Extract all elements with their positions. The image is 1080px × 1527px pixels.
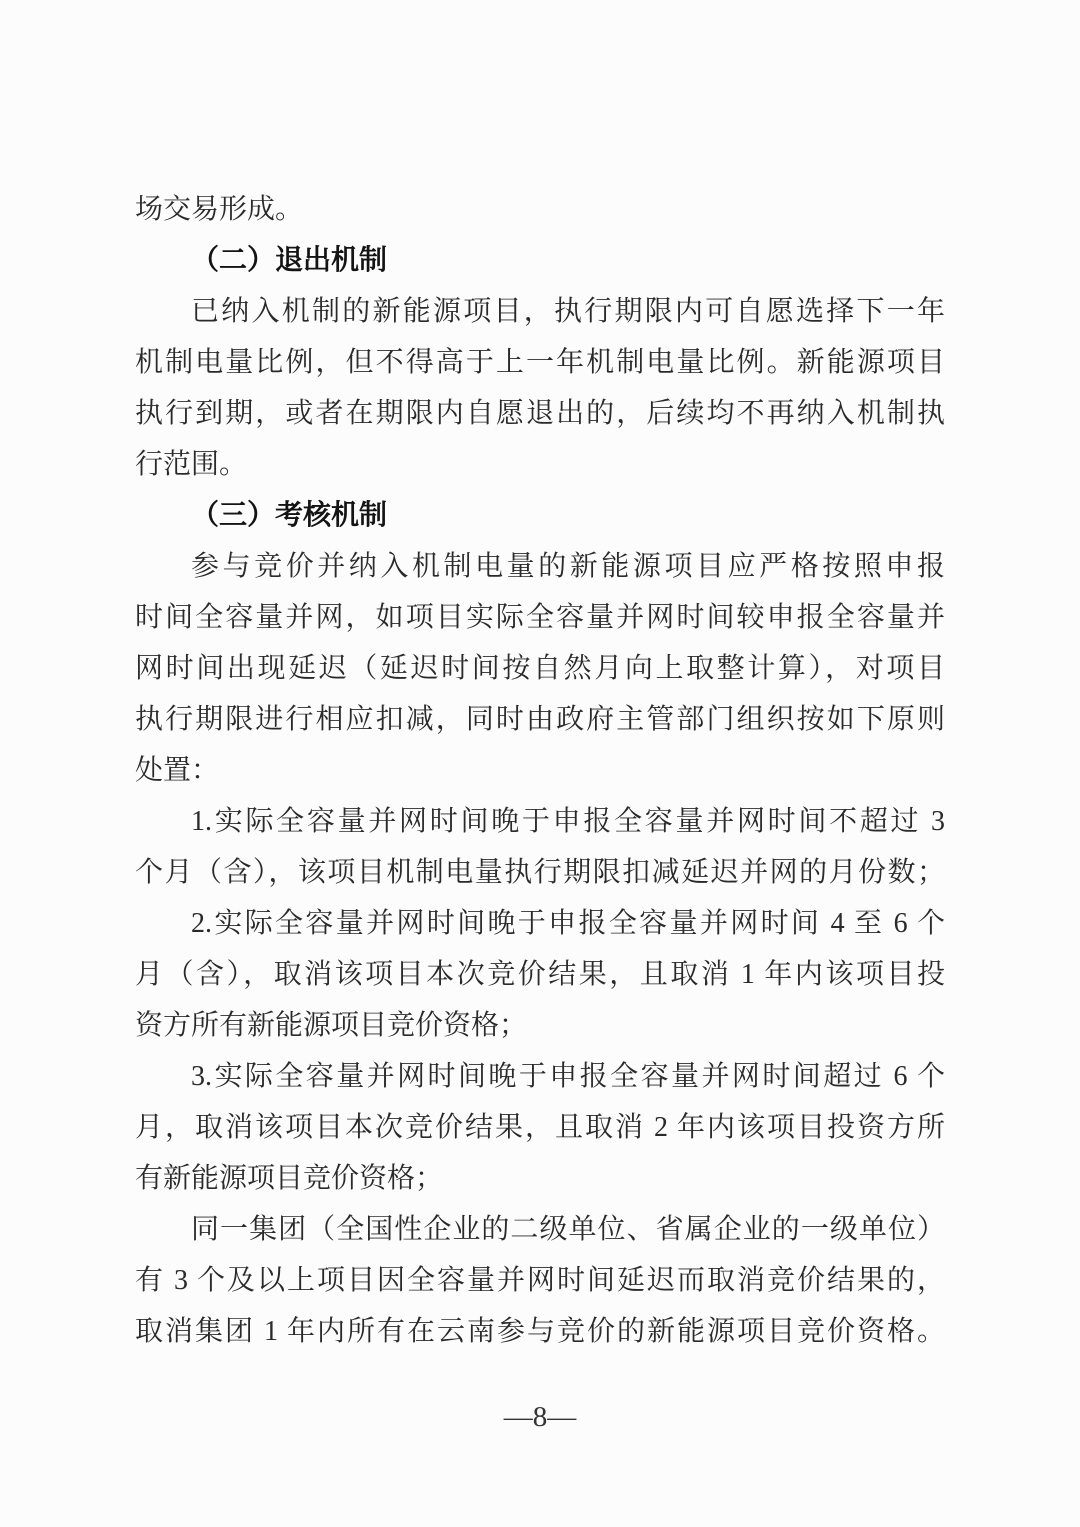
text-line: 执行到期，或者在期限内自愿退出的，后续均不再纳入机制执	[135, 388, 945, 439]
text-line: 有新能源项目竞价资格；	[135, 1153, 945, 1204]
text-line: 时间全容量并网，如项目实际全容量并网时间较申报全容量并	[135, 592, 945, 643]
document-page: 场交易形成。（二）退出机制已纳入机制的新能源项目，执行期限内可自愿选择下一年机制…	[0, 0, 1080, 1527]
text-line: 行范围。	[135, 439, 945, 490]
text-line: 取消集团 1 年内所有在云南参与竞价的新能源项目竞价资格。	[135, 1306, 945, 1357]
text-line: 个月（含），该项目机制电量执行期限扣减延迟并网的月份数；	[135, 847, 945, 898]
page-number: —8—	[0, 1392, 1080, 1443]
text-line: 执行期限进行相应扣减，同时由政府主管部门组织按如下原则	[135, 694, 945, 745]
text-line: 已纳入机制的新能源项目，执行期限内可自愿选择下一年	[135, 286, 945, 337]
text-line: 同一集团（全国性企业的二级单位、省属企业的一级单位）	[135, 1204, 945, 1255]
text-line: 3.实际全容量并网时间晚于申报全容量并网时间超过 6 个	[135, 1051, 945, 1102]
text-line: 1.实际全容量并网时间晚于申报全容量并网时间不超过 3	[135, 796, 945, 847]
text-line: 2.实际全容量并网时间晚于申报全容量并网时间 4 至 6 个	[135, 898, 945, 949]
section-heading: （三）考核机制	[135, 490, 945, 541]
text-line: 参与竞价并纳入机制电量的新能源项目应严格按照申报	[135, 541, 945, 592]
text-line: 机制电量比例，但不得高于上一年机制电量比例。新能源项目	[135, 337, 945, 388]
section-heading: （二）退出机制	[135, 235, 945, 286]
document-body: 场交易形成。（二）退出机制已纳入机制的新能源项目，执行期限内可自愿选择下一年机制…	[135, 184, 945, 1357]
text-line: 月（含），取消该项目本次竞价结果，且取消 1 年内该项目投	[135, 949, 945, 1000]
text-line: 月，取消该项目本次竞价结果，且取消 2 年内该项目投资方所	[135, 1102, 945, 1153]
text-line: 网时间出现延迟（延迟时间按自然月向上取整计算），对项目	[135, 643, 945, 694]
text-line: 处置：	[135, 745, 945, 796]
text-line: 有 3 个及以上项目因全容量并网时间延迟而取消竞价结果的，	[135, 1255, 945, 1306]
text-line: 资方所有新能源项目竞价资格；	[135, 1000, 945, 1051]
text-line: 场交易形成。	[135, 184, 945, 235]
